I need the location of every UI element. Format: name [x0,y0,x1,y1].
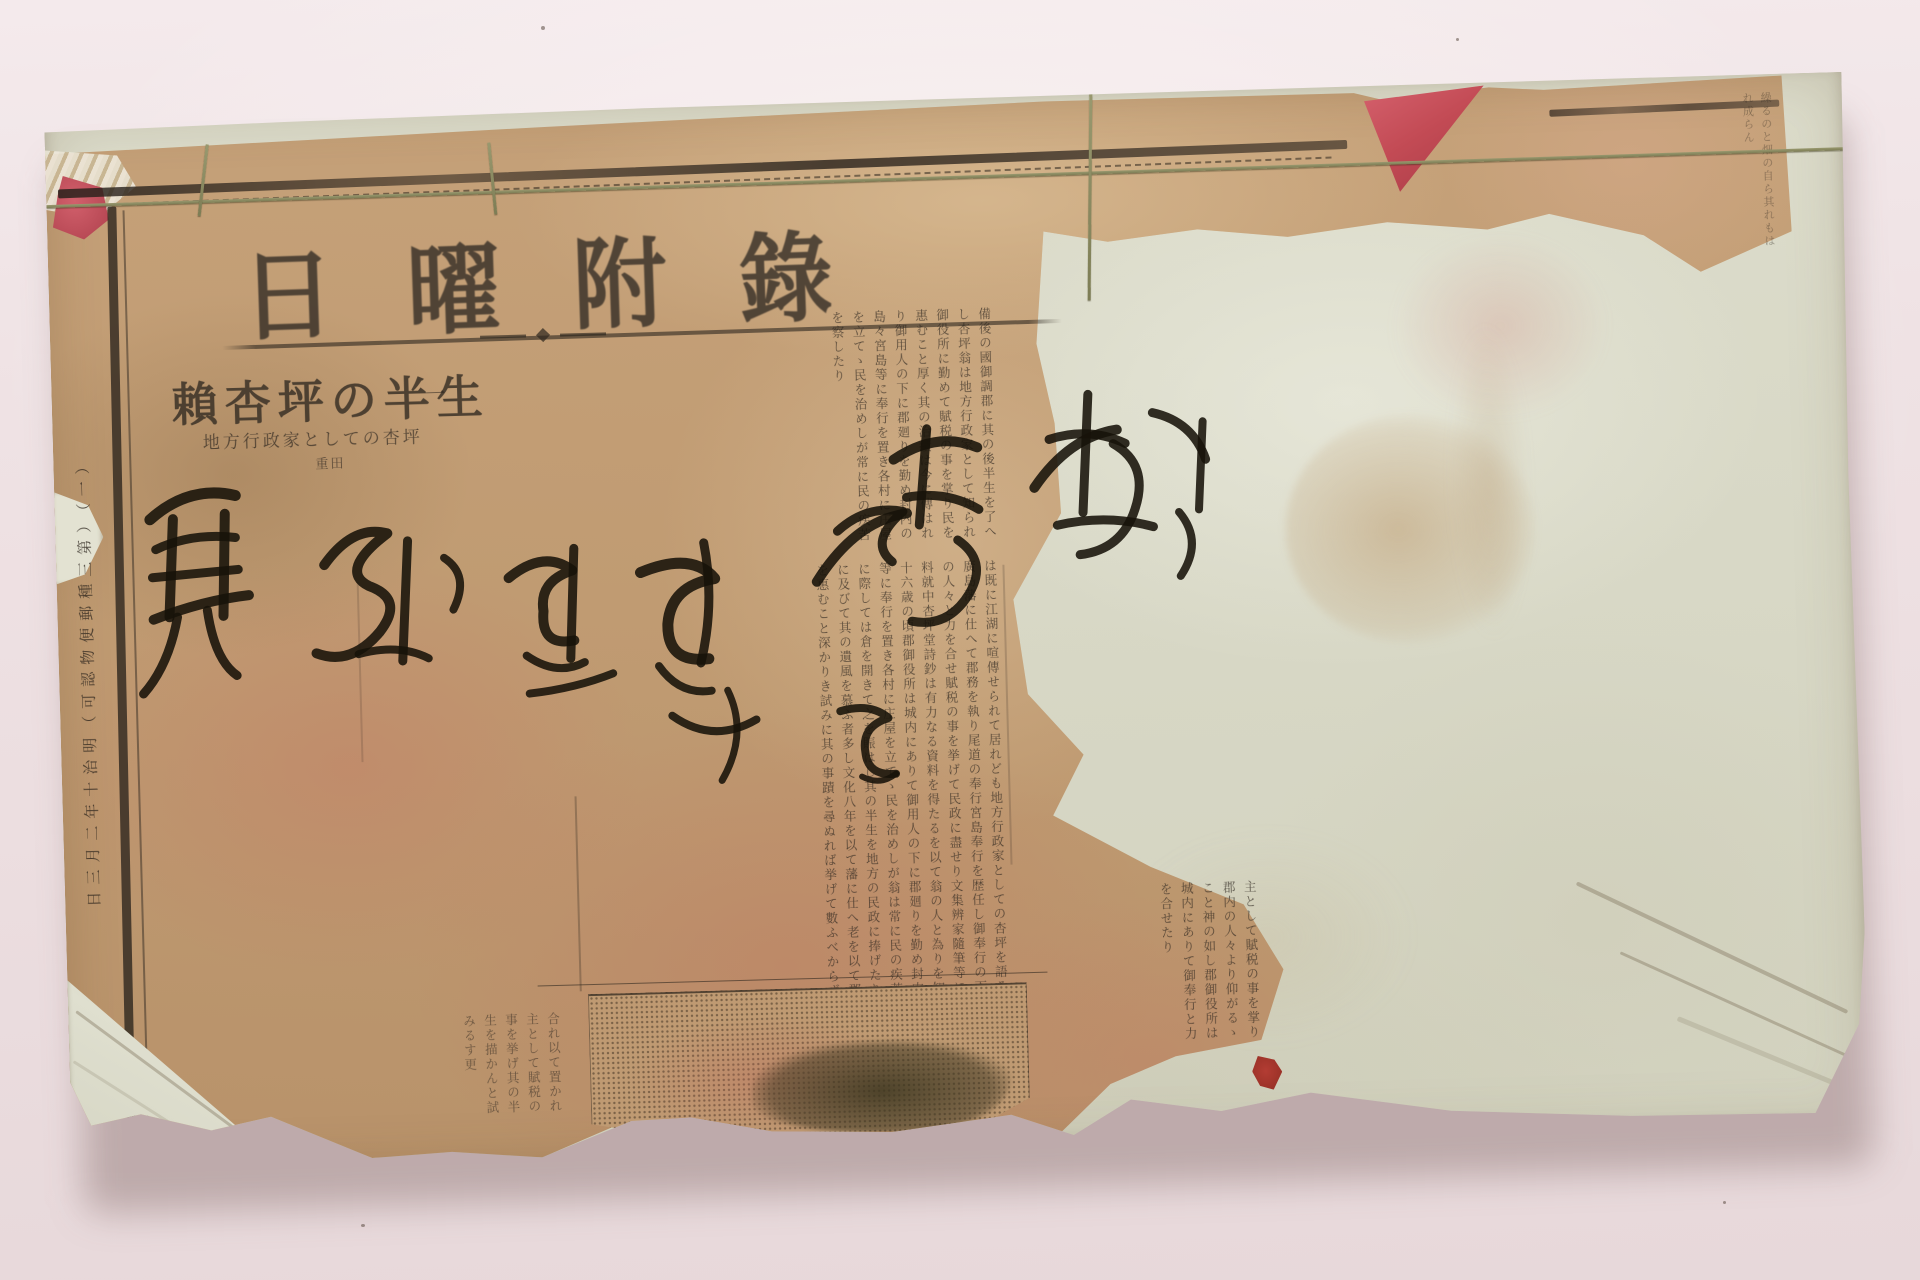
body-column-block: 合れ以て置かれ主として賦税の事を挙げ其の半生を描かんと試みるす更 [163,1012,566,1133]
book-cover: 日三月二年十治明（可認物便郵種三第）（一） 日曜附錄 賴杏坪の半生 地方行政家と… [44,72,1870,1176]
body-column-block: 備後の國御調郡に其の後半生を了へし杏坪翁は地方行政家として知られ御役所に勤めて賦… [490,307,1001,567]
article-byline: 重田 [315,452,346,472]
halftone-photo-box [588,982,1031,1142]
fragment-text-block: 繰るのと畑の自ら其れもはれ成らん [1559,92,1778,258]
dust-speck [361,1224,365,1227]
dust-speck [1723,1201,1726,1204]
body-column-block: 主として賦税の事を掌り郡内の人々より仰がるゝこと神の如し郡御役所は城内にありて御… [1020,880,1264,1048]
dust-speck [1456,38,1459,41]
section-number: 一 [423,378,446,410]
dust-speck [541,26,545,30]
